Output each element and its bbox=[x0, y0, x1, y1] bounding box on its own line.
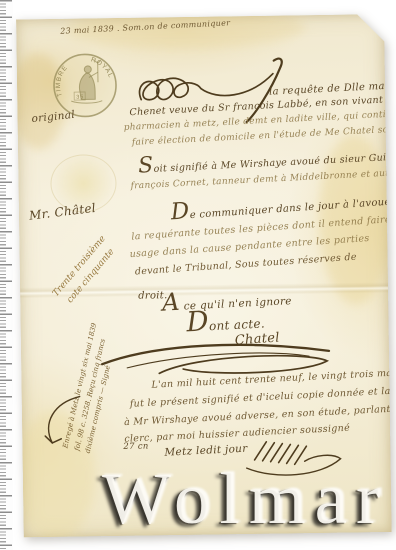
closing-place-date: Metz ledit jour bbox=[164, 443, 248, 460]
stamp-value-text: 35 bbox=[76, 94, 84, 100]
chatel-margin-note: Mr. Châtel bbox=[28, 201, 96, 223]
cost-note: 27 cn bbox=[123, 442, 148, 453]
watermark-text: Wolmar bbox=[102, 462, 389, 535]
arrow-paraph bbox=[36, 392, 85, 449]
closing-line: A ce qu'il n'en ignore bbox=[162, 295, 292, 314]
